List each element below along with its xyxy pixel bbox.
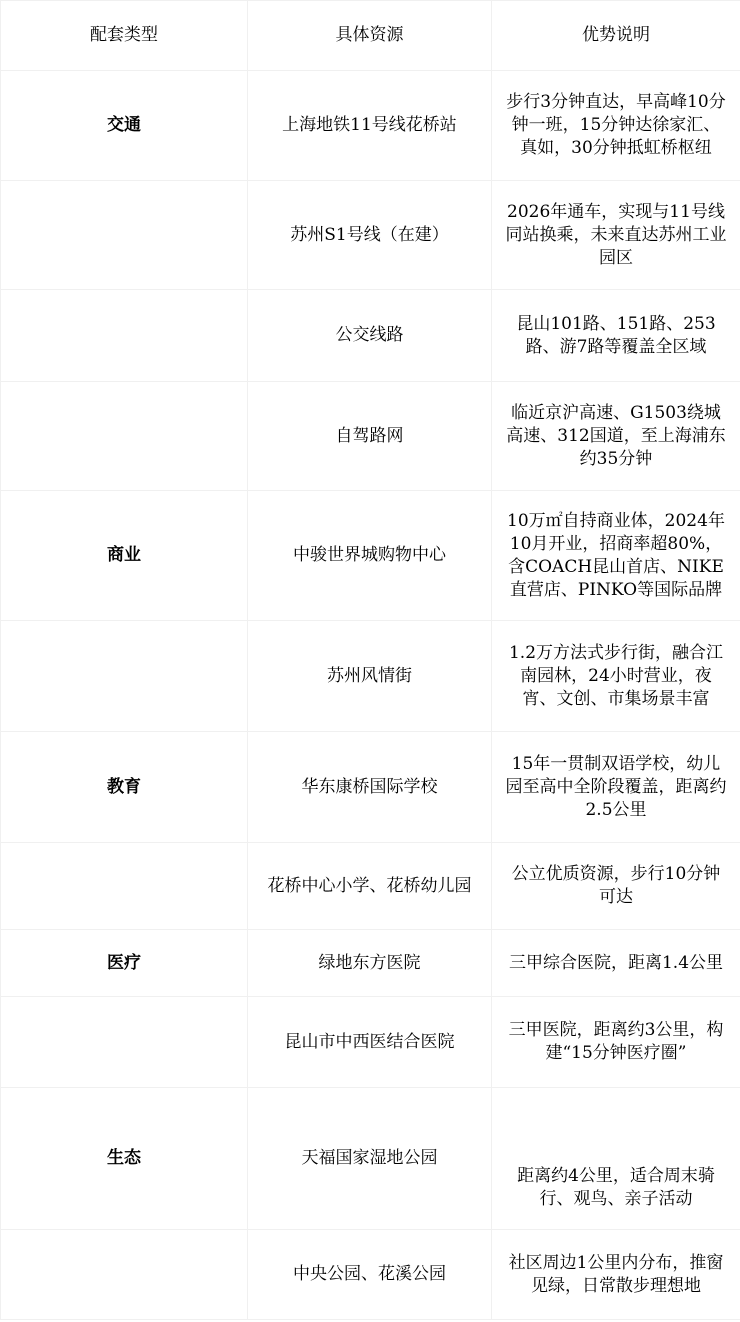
- advantage-cell: 10万㎡自持商业体，2024年 10月开业，招商率超80%， 含COACH昆山首…: [492, 491, 740, 621]
- advantage-cell: 昆山101路、151路、253 路、游7路等覆盖全区域: [492, 290, 740, 382]
- resource-cell: 绿地东方医院: [248, 930, 492, 997]
- category-cell: 商业: [1, 491, 248, 621]
- resource-cell: 苏州S1号线（在建）: [248, 181, 492, 290]
- table-row: 苏州S1号线（在建） 2026年通车，实现与11号线 同站换乘，未来直达苏州工业…: [1, 181, 740, 290]
- resource-cell: 中骏世界城购物中心: [248, 491, 492, 621]
- advantage-cell: 社区周边1公里内分布，推窗 见绿，日常散步理想地: [492, 1230, 740, 1320]
- table-row: 商业 中骏世界城购物中心 10万㎡自持商业体，2024年 10月开业，招商率超8…: [1, 491, 740, 621]
- advantage-cell: 1.2万方法式步行街，融合江 南园林，24小时营业，夜 宵、文创、市集场景丰富: [492, 621, 740, 732]
- advantage-cell: 15年一贯制双语学校，幼儿 园至高中全阶段覆盖，距离约 2.5公里: [492, 732, 740, 843]
- table-row: 花桥中心小学、花桥幼儿园 公立优质资源，步行10分钟 可达: [1, 843, 740, 930]
- category-cell: [1, 997, 248, 1088]
- category-cell: 医疗: [1, 930, 248, 997]
- resource-cell: 自驾路网: [248, 382, 492, 491]
- advantage-cell: 公立优质资源，步行10分钟 可达: [492, 843, 740, 930]
- advantage-cell: 步行3分钟直达，早高峰10分 钟一班，15分钟达徐家汇、 真如，30分钟抵虹桥枢…: [492, 71, 740, 181]
- table-row: 交通 上海地铁11号线花桥站 步行3分钟直达，早高峰10分 钟一班，15分钟达徐…: [1, 71, 740, 181]
- table-row: 教育 华东康桥国际学校 15年一贯制双语学校，幼儿 园至高中全阶段覆盖，距离约 …: [1, 732, 740, 843]
- category-cell: [1, 290, 248, 382]
- category-cell: [1, 1230, 248, 1320]
- table-body: 交通 上海地铁11号线花桥站 步行3分钟直达，早高峰10分 钟一班，15分钟达徐…: [1, 71, 740, 1320]
- header-row: 配套类型 具体资源 优势说明: [1, 1, 740, 71]
- col-header-advantage: 优势说明: [492, 1, 740, 71]
- resource-cell: 昆山市中西医结合医院: [248, 997, 492, 1088]
- amenities-table: 配套类型 具体资源 优势说明 交通 上海地铁11号线花桥站 步行3分钟直达，早高…: [0, 0, 740, 1320]
- resource-cell: 花桥中心小学、花桥幼儿园: [248, 843, 492, 930]
- category-cell: 生态: [1, 1088, 248, 1230]
- category-cell: [1, 843, 248, 930]
- table-row: 中央公园、花溪公园 社区周边1公里内分布，推窗 见绿，日常散步理想地: [1, 1230, 740, 1320]
- resource-cell: 中央公园、花溪公园: [248, 1230, 492, 1320]
- resource-cell: 天福国家湿地公园: [248, 1088, 492, 1230]
- col-header-resource: 具体资源: [248, 1, 492, 71]
- advantage-cell: 距离约4公里，适合周末骑 行、观鸟、亲子活动: [492, 1088, 740, 1230]
- advantage-cell: 三甲医院，距离约3公里，构 建“15分钟医疗圈”: [492, 997, 740, 1088]
- resource-cell: 公交线路: [248, 290, 492, 382]
- table-row: 医疗 绿地东方医院 三甲综合医院，距离1.4公里: [1, 930, 740, 997]
- page: 配套类型 具体资源 优势说明 交通 上海地铁11号线花桥站 步行3分钟直达，早高…: [0, 0, 740, 1320]
- table-row: 生态 天福国家湿地公园 距离约4公里，适合周末骑 行、观鸟、亲子活动: [1, 1088, 740, 1230]
- resource-cell: 上海地铁11号线花桥站: [248, 71, 492, 181]
- category-cell: [1, 382, 248, 491]
- category-cell: 交通: [1, 71, 248, 181]
- category-cell: [1, 621, 248, 732]
- table-row: 自驾路网 临近京沪高速、G1503绕城 高速、312国道，至上海浦东 约35分钟: [1, 382, 740, 491]
- resource-cell: 华东康桥国际学校: [248, 732, 492, 843]
- table-row: 昆山市中西医结合医院 三甲医院，距离约3公里，构 建“15分钟医疗圈”: [1, 997, 740, 1088]
- resource-cell: 苏州风情街: [248, 621, 492, 732]
- advantage-cell: 2026年通车，实现与11号线 同站换乘，未来直达苏州工业 园区: [492, 181, 740, 290]
- category-cell: 教育: [1, 732, 248, 843]
- col-header-type: 配套类型: [1, 1, 248, 71]
- advantage-cell: 三甲综合医院，距离1.4公里: [492, 930, 740, 997]
- table-row: 公交线路 昆山101路、151路、253 路、游7路等覆盖全区域: [1, 290, 740, 382]
- category-cell: [1, 181, 248, 290]
- advantage-cell: 临近京沪高速、G1503绕城 高速、312国道，至上海浦东 约35分钟: [492, 382, 740, 491]
- table-row: 苏州风情街 1.2万方法式步行街，融合江 南园林，24小时营业，夜 宵、文创、市…: [1, 621, 740, 732]
